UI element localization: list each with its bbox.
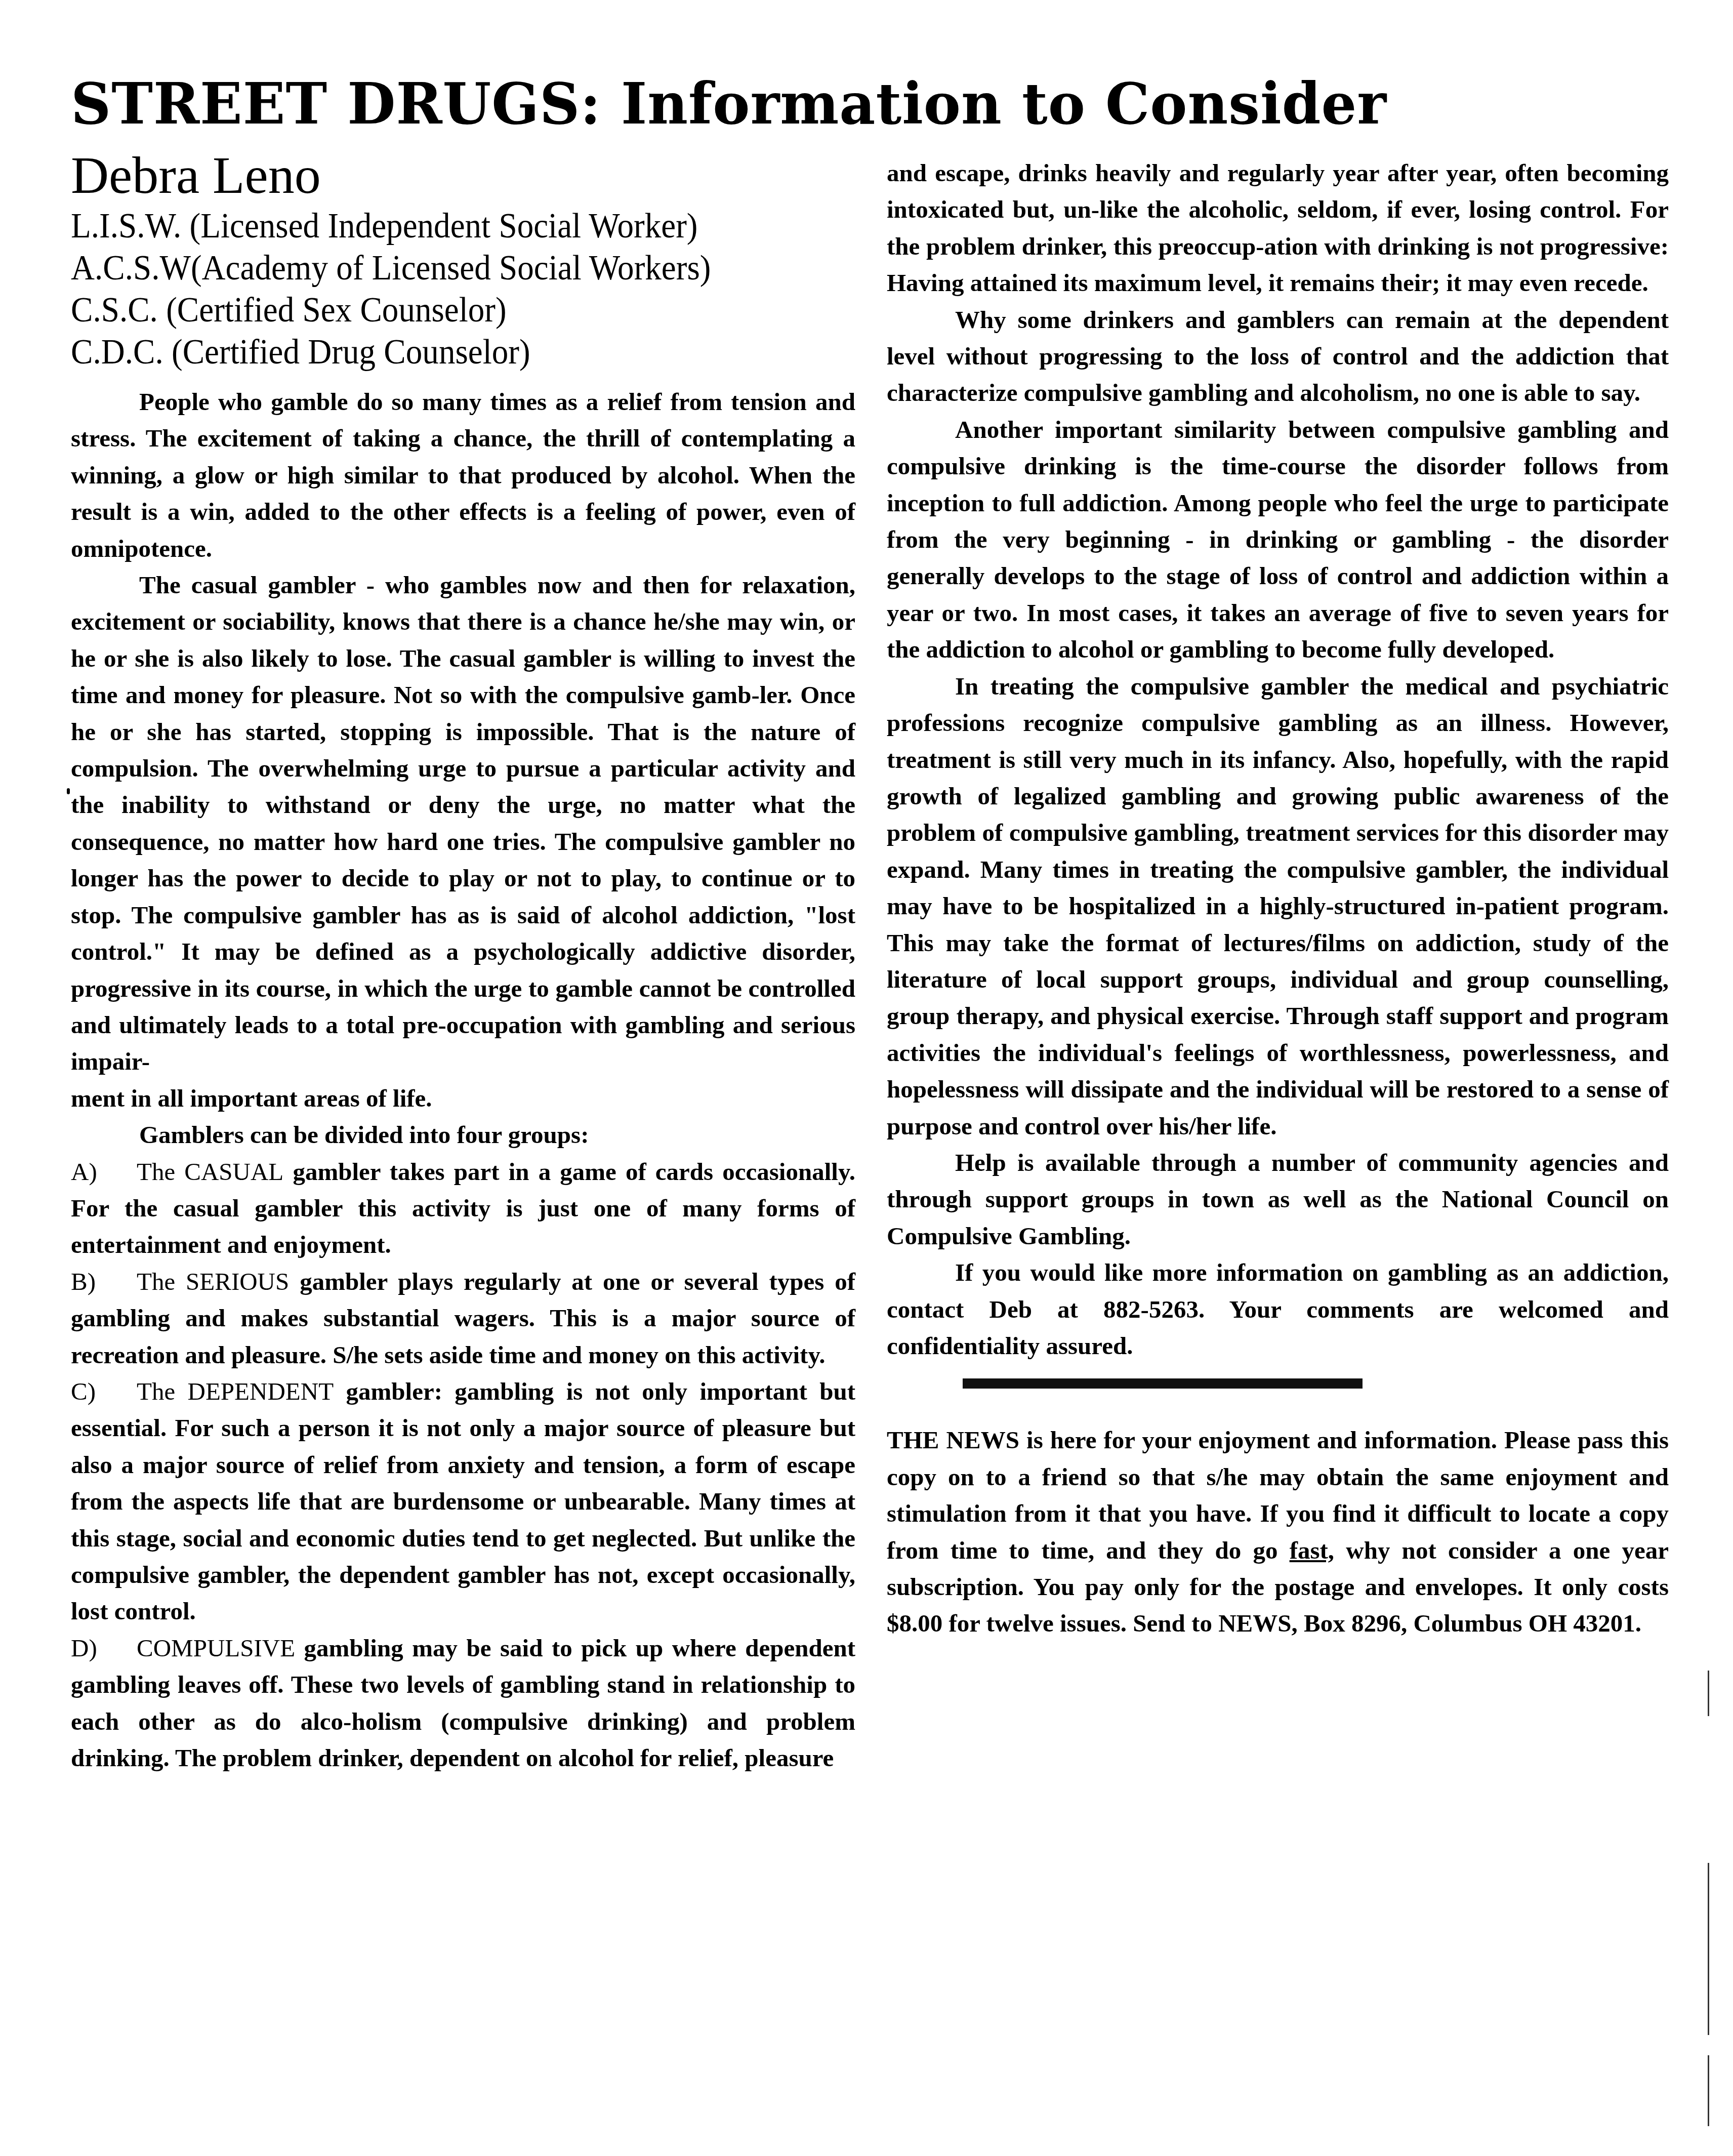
scan-margin-line [1708,2055,1709,2126]
left-column: People who gamble do so many times as a … [71,384,855,1776]
group-item-serious: B)The SERIOUS gambler plays regularly at… [71,1264,855,1373]
author-name: Debra Leno [71,149,321,202]
section-divider [963,1378,1363,1389]
paragraph-casual-vs-compulsive: The casual gambler - who gambles now and… [71,567,855,1080]
group-type: The SERIOUS [137,1268,289,1295]
group-label: D) [71,1630,137,1666]
group-label: C) [71,1373,137,1410]
paragraph-impairment-end: ment in all important areas of life. [71,1080,855,1117]
scan-margin-line [1708,1863,1709,2035]
credential-lisw: L.I.S.W. (Licensed Independent Social Wo… [71,205,711,247]
group-item-casual: A)The CASUAL gambler takes part in a gam… [71,1154,855,1264]
group-type: The DEPENDENT [137,1377,334,1405]
news-subscription-notice: THE NEWS is here for your enjoyment and … [887,1422,1669,1642]
credential-acsw: A.C.S.W(Academy of Licensed Social Worke… [71,247,711,289]
group-type: The CASUAL [137,1158,283,1186]
paragraph-help-available: Help is available through a number of co… [887,1145,1669,1254]
paragraph-gamble-relief: People who gamble do so many times as a … [71,384,855,567]
author-credentials: L.I.S.W. (Licensed Independent Social Wo… [71,205,759,373]
newsletter-page: STREET DRUGS: Information to Consider De… [0,0,1733,2156]
scan-margin-line [1708,1671,1709,1716]
notice-emphasis: fast, [1290,1536,1334,1564]
credential-cdc: C.D.C. (Certified Drug Counselor) [71,331,711,373]
group-item-compulsive: D)COMPULSIVE gambling may be said to pic… [71,1630,855,1777]
paragraph-dependent-level: Why some drinkers and gamblers can remai… [887,302,1669,412]
group-type: COMPULSIVE [137,1634,295,1662]
group-label: B) [71,1264,137,1300]
scan-artifact-mark [67,788,70,794]
groups-intro: Gamblers can be divided into four groups… [71,1117,855,1153]
paragraph-treatment: In treating the compulsive gambler the m… [887,668,1669,1145]
group-label: A) [71,1154,137,1190]
group-item-dependent: C)The DEPENDENT gambler: gambling is not… [71,1373,855,1630]
paragraph-problem-drinker-cont: and escape, drinks heavily and regularly… [887,155,1669,302]
credential-csc: C.S.C. (Certified Sex Counselor) [71,289,711,331]
right-column: and escape, drinks heavily and regularly… [887,155,1669,1642]
article-title: STREET DRUGS: Information to Consider [71,76,1387,133]
group-description: gambler: gambling is not only important … [71,1377,855,1625]
paragraph-contact: If you would like more information on ga… [887,1254,1669,1364]
paragraph-time-course: Another important similarity between com… [887,412,1669,668]
